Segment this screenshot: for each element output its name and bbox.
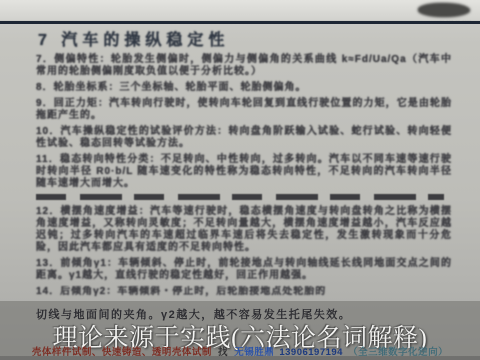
definition-item-8: 8．轮胎坐标系：三个坐标轴、轮胎平面、轮胎侧偏角。	[36, 82, 452, 94]
header-divider	[0, 21, 480, 24]
page-header	[0, 0, 480, 20]
definition-item-12: 12．横摆角速度增益：汽车等速行驶时，稳态横摆角速度与转向盘转角之比称为横摆角速…	[36, 206, 452, 254]
definition-item-10: 10．汽车操纵稳定性的试验评价方法：转向盘角阶跃输入试验、蛇行试验、转向轻便性试…	[36, 126, 452, 150]
logo	[418, 3, 470, 17]
photographed-document-page: ·· ··· ·· ···· 7 汽车的操纵稳定性 7．侧偏特性：轮胎发生侧偏时…	[0, 0, 480, 360]
definition-item-9: 9．回正力矩：汽车转向行驶时，使转向车轮回复到直线行驶位置的力矩，它是由轮胎拖距…	[36, 98, 452, 122]
blurred-underline-row	[36, 194, 444, 200]
bottom-edge-shadow	[0, 356, 480, 360]
page-title: 7 汽车的操纵稳定性	[38, 27, 229, 50]
definitions-list: 7．侧偏特性：轮胎发生侧偏时，侧偏力与侧偏角的关系曲线 k≈Fd/Ua/Qa（汽…	[36, 54, 452, 302]
definition-item-14: 14．后倾角γ2：车辆倾斜・停止时，后轮胎接地点处轮胎的	[36, 286, 452, 298]
definition-item-7: 7．侧偏特性：轮胎发生侧偏时，侧偏力与侧偏角的关系曲线 k≈Fd/Ua/Qa（汽…	[36, 54, 452, 78]
definition-item-13: 13．前倾角γ1：车辆倾斜、停止时，前轮接地点与转向轴线延长线同地面交点之间的距…	[36, 258, 452, 282]
definition-item-11: 11．稳态转向特性分类：不足转向、中性转向，过多转向。汽车以不同车速等速行驶时转…	[36, 154, 452, 190]
